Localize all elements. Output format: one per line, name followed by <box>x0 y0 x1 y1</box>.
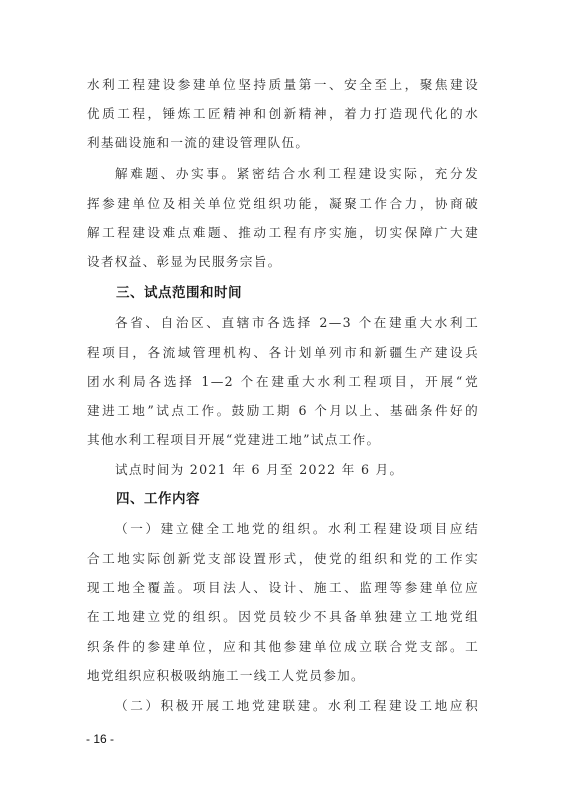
paragraph-line: 其他水利工程项目开展“党建进工地”试点工作。 <box>87 430 479 450</box>
paragraph-line: 设者权益、彰显为民服务宗旨。 <box>87 252 479 272</box>
paragraph-line: 解工程建设难点难题、推动工程有序实施，切实保障广大建 <box>87 223 479 243</box>
paragraph-line: 优质工程，锤炼工匠精神和创新精神，着力打造现代化的水 <box>87 104 479 124</box>
paragraph-line: 团水利局各选择 1—2 个在建重大水利工程项目，开展“党 <box>87 372 479 392</box>
paragraph-line: 程项目，各流域管理机构、各计划单列市和新疆生产建设兵 <box>87 343 479 363</box>
paragraph-line: 水利工程建设参建单位坚持质量第一、安全至上，聚焦建设 <box>87 75 479 95</box>
document-page: 水利工程建设参建单位坚持质量第一、安全至上，聚焦建设 优质工程，锤炼工匠精神和创… <box>0 0 565 800</box>
section-heading-3: 三、试点范围和时间 <box>116 282 242 304</box>
section-heading-4: 四、工作内容 <box>116 488 200 510</box>
paragraph-line: （一）建立健全工地党的组织。水利工程建设项目应结 <box>115 519 479 539</box>
paragraph-line: 各省、自治区、直辖市各选择 2—3 个在建重大水利工 <box>115 313 479 333</box>
paragraph-line: 合工地实际创新党支部设置形式，使党的组织和党的工作实 <box>87 549 479 569</box>
paragraph-line: 试点时间为 2021 年 6 月至 2022 年 6 月。 <box>115 460 479 480</box>
paragraph-line: （二）积极开展工地党建联建。水利工程建设工地应积 <box>115 696 479 716</box>
paragraph-line: 解难题、办实事。紧密结合水利工程建设实际，充分发 <box>115 164 479 184</box>
paragraph-line: 挥参建单位及相关单位党组织功能，凝聚工作合力，协商破 <box>87 194 479 214</box>
paragraph-line: 建进工地”试点工作。鼓励工期 6 个月以上、基础条件好的 <box>87 401 479 421</box>
paragraph-line: 现工地全覆盖。项目法人、设计、施工、监理等参建单位应 <box>87 578 479 598</box>
page-number: - 16 - <box>86 732 114 746</box>
paragraph-line: 在工地建立党的组织。因党员较少不具备单独建立工地党组 <box>87 607 479 627</box>
paragraph-line: 织条件的参建单位，应和其他参建单位成立联合党支部。工 <box>87 637 479 657</box>
paragraph-line: 地党组织应积极吸纳施工一线工人党员参加。 <box>87 666 479 686</box>
paragraph-line: 利基础设施和一流的建设管理队伍。 <box>87 133 479 153</box>
